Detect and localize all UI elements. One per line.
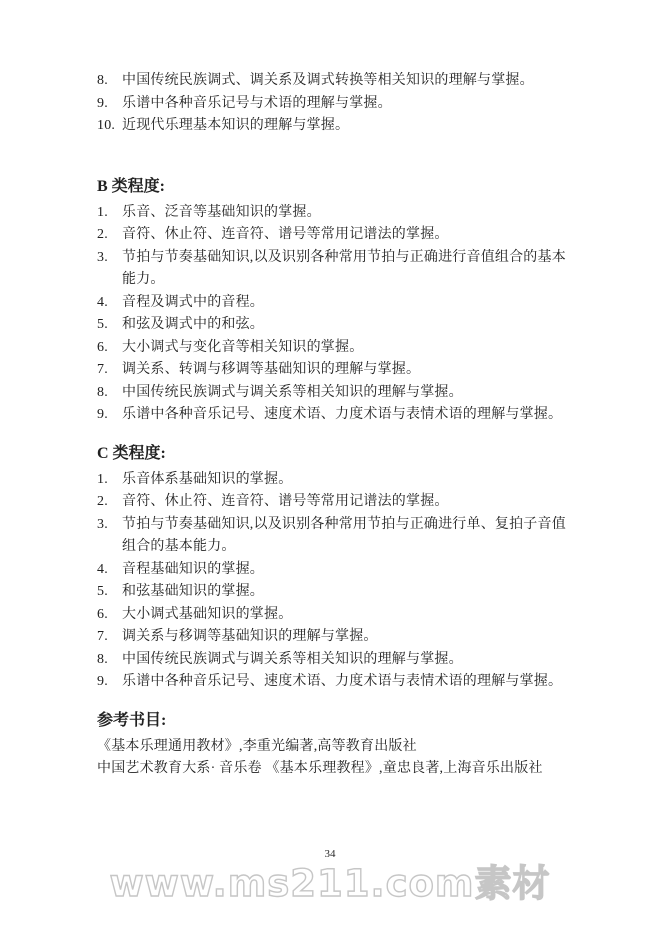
list-item: 4. 音程及调式中的音程。 <box>97 292 568 315</box>
page-footer: 34 www.ms211.com素材 <box>0 840 660 933</box>
item-text: 音符、休止符、连音符、谱号等常用记谱法的掌握。 <box>122 224 568 247</box>
list-item: 1. 乐音体系基础知识的掌握。 <box>97 469 568 492</box>
references-section: 参考书目: 《基本乐理通用教材》,李重光编著,高等教育出版社 中国艺术教育大系·… <box>97 694 568 781</box>
list-item: 8. 中国传统民族调式与调关系等相关知识的理解与掌握。 <box>97 382 568 405</box>
list-item: 7. 调关系、转调与移调等基础知识的理解与掌握。 <box>97 359 568 382</box>
section-grade-b: B 类程度: 1. 乐音、泛音等基础知识的掌握。 2. 音符、休止符、连音符、谱… <box>97 160 568 427</box>
item-number: 7. <box>97 359 122 382</box>
item-text: 节拍与节奏基础知识,以及识别各种常用节拍与正确进行单、复拍子音值组合的基本能力。 <box>122 514 568 559</box>
item-text: 中国传统民族调式、调关系及调式转换等相关知识的理解与掌握。 <box>122 70 568 93</box>
item-text: 调关系、转调与移调等基础知识的理解与掌握。 <box>122 359 568 382</box>
item-text: 乐谱中各种音乐记号、速度术语、力度术语与表情术语的理解与掌握。 <box>122 404 568 427</box>
references-heading: 参考书目: <box>97 709 568 733</box>
item-number: 2. <box>97 491 122 514</box>
item-text: 乐音、泛音等基础知识的掌握。 <box>122 202 568 225</box>
item-number: 1. <box>97 202 122 225</box>
item-number: 3. <box>97 247 122 292</box>
item-number: 9. <box>97 671 122 694</box>
item-number: 3. <box>97 514 122 559</box>
list-item: 5. 和弦基础知识的掌握。 <box>97 581 568 604</box>
reference-entry: 《基本乐理通用教材》,李重光编著,高等教育出版社 <box>97 736 568 759</box>
list-item: 7. 调关系与移调等基础知识的理解与掌握。 <box>97 626 568 649</box>
item-number: 10. <box>97 115 122 138</box>
item-text: 近现代乐理基本知识的理解与掌握。 <box>122 115 568 138</box>
list-item: 4. 音程基础知识的掌握。 <box>97 559 568 582</box>
section-grade-c: C 类程度: 1. 乐音体系基础知识的掌握。 2. 音符、休止符、连音符、谱号等… <box>97 427 568 694</box>
section-heading: B 类程度: <box>97 175 568 199</box>
item-text: 和弦及调式中的和弦。 <box>122 314 568 337</box>
item-number: 5. <box>97 581 122 604</box>
list-item: 9. 乐谱中各种音乐记号、速度术语、力度术语与表情术语的理解与掌握。 <box>97 671 568 694</box>
item-text: 节拍与节奏基础知识,以及识别各种常用节拍与正确进行音值组合的基本能力。 <box>122 247 568 292</box>
item-number: 4. <box>97 559 122 582</box>
item-number: 5. <box>97 314 122 337</box>
list-item: 9. 乐谱中各种音乐记号与术语的理解与掌握。 <box>97 93 568 116</box>
list-item: 8. 中国传统民族调式、调关系及调式转换等相关知识的理解与掌握。 <box>97 70 568 93</box>
list-item: 3. 节拍与节奏基础知识,以及识别各种常用节拍与正确进行单、复拍子音值组合的基本… <box>97 514 568 559</box>
item-text: 音符、休止符、连音符、谱号等常用记谱法的掌握。 <box>122 491 568 514</box>
item-number: 6. <box>97 337 122 360</box>
item-number: 8. <box>97 382 122 405</box>
reference-entry: 中国艺术教育大系· 音乐卷 《基本乐理教程》,童忠良著,上海音乐出版社 <box>97 758 568 781</box>
item-text: 大小调式与变化音等相关知识的掌握。 <box>122 337 568 360</box>
grade-b-list: 1. 乐音、泛音等基础知识的掌握。 2. 音符、休止符、连音符、谱号等常用记谱法… <box>97 202 568 427</box>
list-item: 2. 音符、休止符、连音符、谱号等常用记谱法的掌握。 <box>97 491 568 514</box>
item-text: 调关系与移调等基础知识的理解与掌握。 <box>122 626 568 649</box>
item-text: 乐谱中各种音乐记号与术语的理解与掌握。 <box>122 93 568 116</box>
list-item: 9. 乐谱中各种音乐记号、速度术语、力度术语与表情术语的理解与掌握。 <box>97 404 568 427</box>
item-text: 乐谱中各种音乐记号、速度术语、力度术语与表情术语的理解与掌握。 <box>122 671 568 694</box>
item-text: 乐音体系基础知识的掌握。 <box>122 469 568 492</box>
item-number: 6. <box>97 604 122 627</box>
item-text: 音程及调式中的音程。 <box>122 292 568 315</box>
item-number: 7. <box>97 626 122 649</box>
intro-list: 8. 中国传统民族调式、调关系及调式转换等相关知识的理解与掌握。 9. 乐谱中各… <box>97 70 568 138</box>
item-text: 和弦基础知识的掌握。 <box>122 581 568 604</box>
grade-c-list: 1. 乐音体系基础知识的掌握。 2. 音符、休止符、连音符、谱号等常用记谱法的掌… <box>97 469 568 694</box>
document-page: 8. 中国传统民族调式、调关系及调式转换等相关知识的理解与掌握。 9. 乐谱中各… <box>0 0 660 933</box>
item-text: 中国传统民族调式与调关系等相关知识的理解与掌握。 <box>122 382 568 405</box>
watermark: www.ms211.com素材 <box>0 853 660 907</box>
list-item: 10. 近现代乐理基本知识的理解与掌握。 <box>97 115 568 138</box>
list-item: 6. 大小调式与变化音等相关知识的掌握。 <box>97 337 568 360</box>
list-item: 1. 乐音、泛音等基础知识的掌握。 <box>97 202 568 225</box>
item-number: 8. <box>97 649 122 672</box>
item-number: 9. <box>97 404 122 427</box>
item-number: 2. <box>97 224 122 247</box>
list-item: 6. 大小调式基础知识的掌握。 <box>97 604 568 627</box>
list-item: 2. 音符、休止符、连音符、谱号等常用记谱法的掌握。 <box>97 224 568 247</box>
list-item: 3. 节拍与节奏基础知识,以及识别各种常用节拍与正确进行音值组合的基本能力。 <box>97 247 568 292</box>
item-number: 1. <box>97 469 122 492</box>
item-text: 大小调式基础知识的掌握。 <box>122 604 568 627</box>
list-item: 8. 中国传统民族调式与调关系等相关知识的理解与掌握。 <box>97 649 568 672</box>
item-number: 4. <box>97 292 122 315</box>
section-heading: C 类程度: <box>97 442 568 466</box>
item-text: 音程基础知识的掌握。 <box>122 559 568 582</box>
item-number: 9. <box>97 93 122 116</box>
item-number: 8. <box>97 70 122 93</box>
item-text: 中国传统民族调式与调关系等相关知识的理解与掌握。 <box>122 649 568 672</box>
list-item: 5. 和弦及调式中的和弦。 <box>97 314 568 337</box>
